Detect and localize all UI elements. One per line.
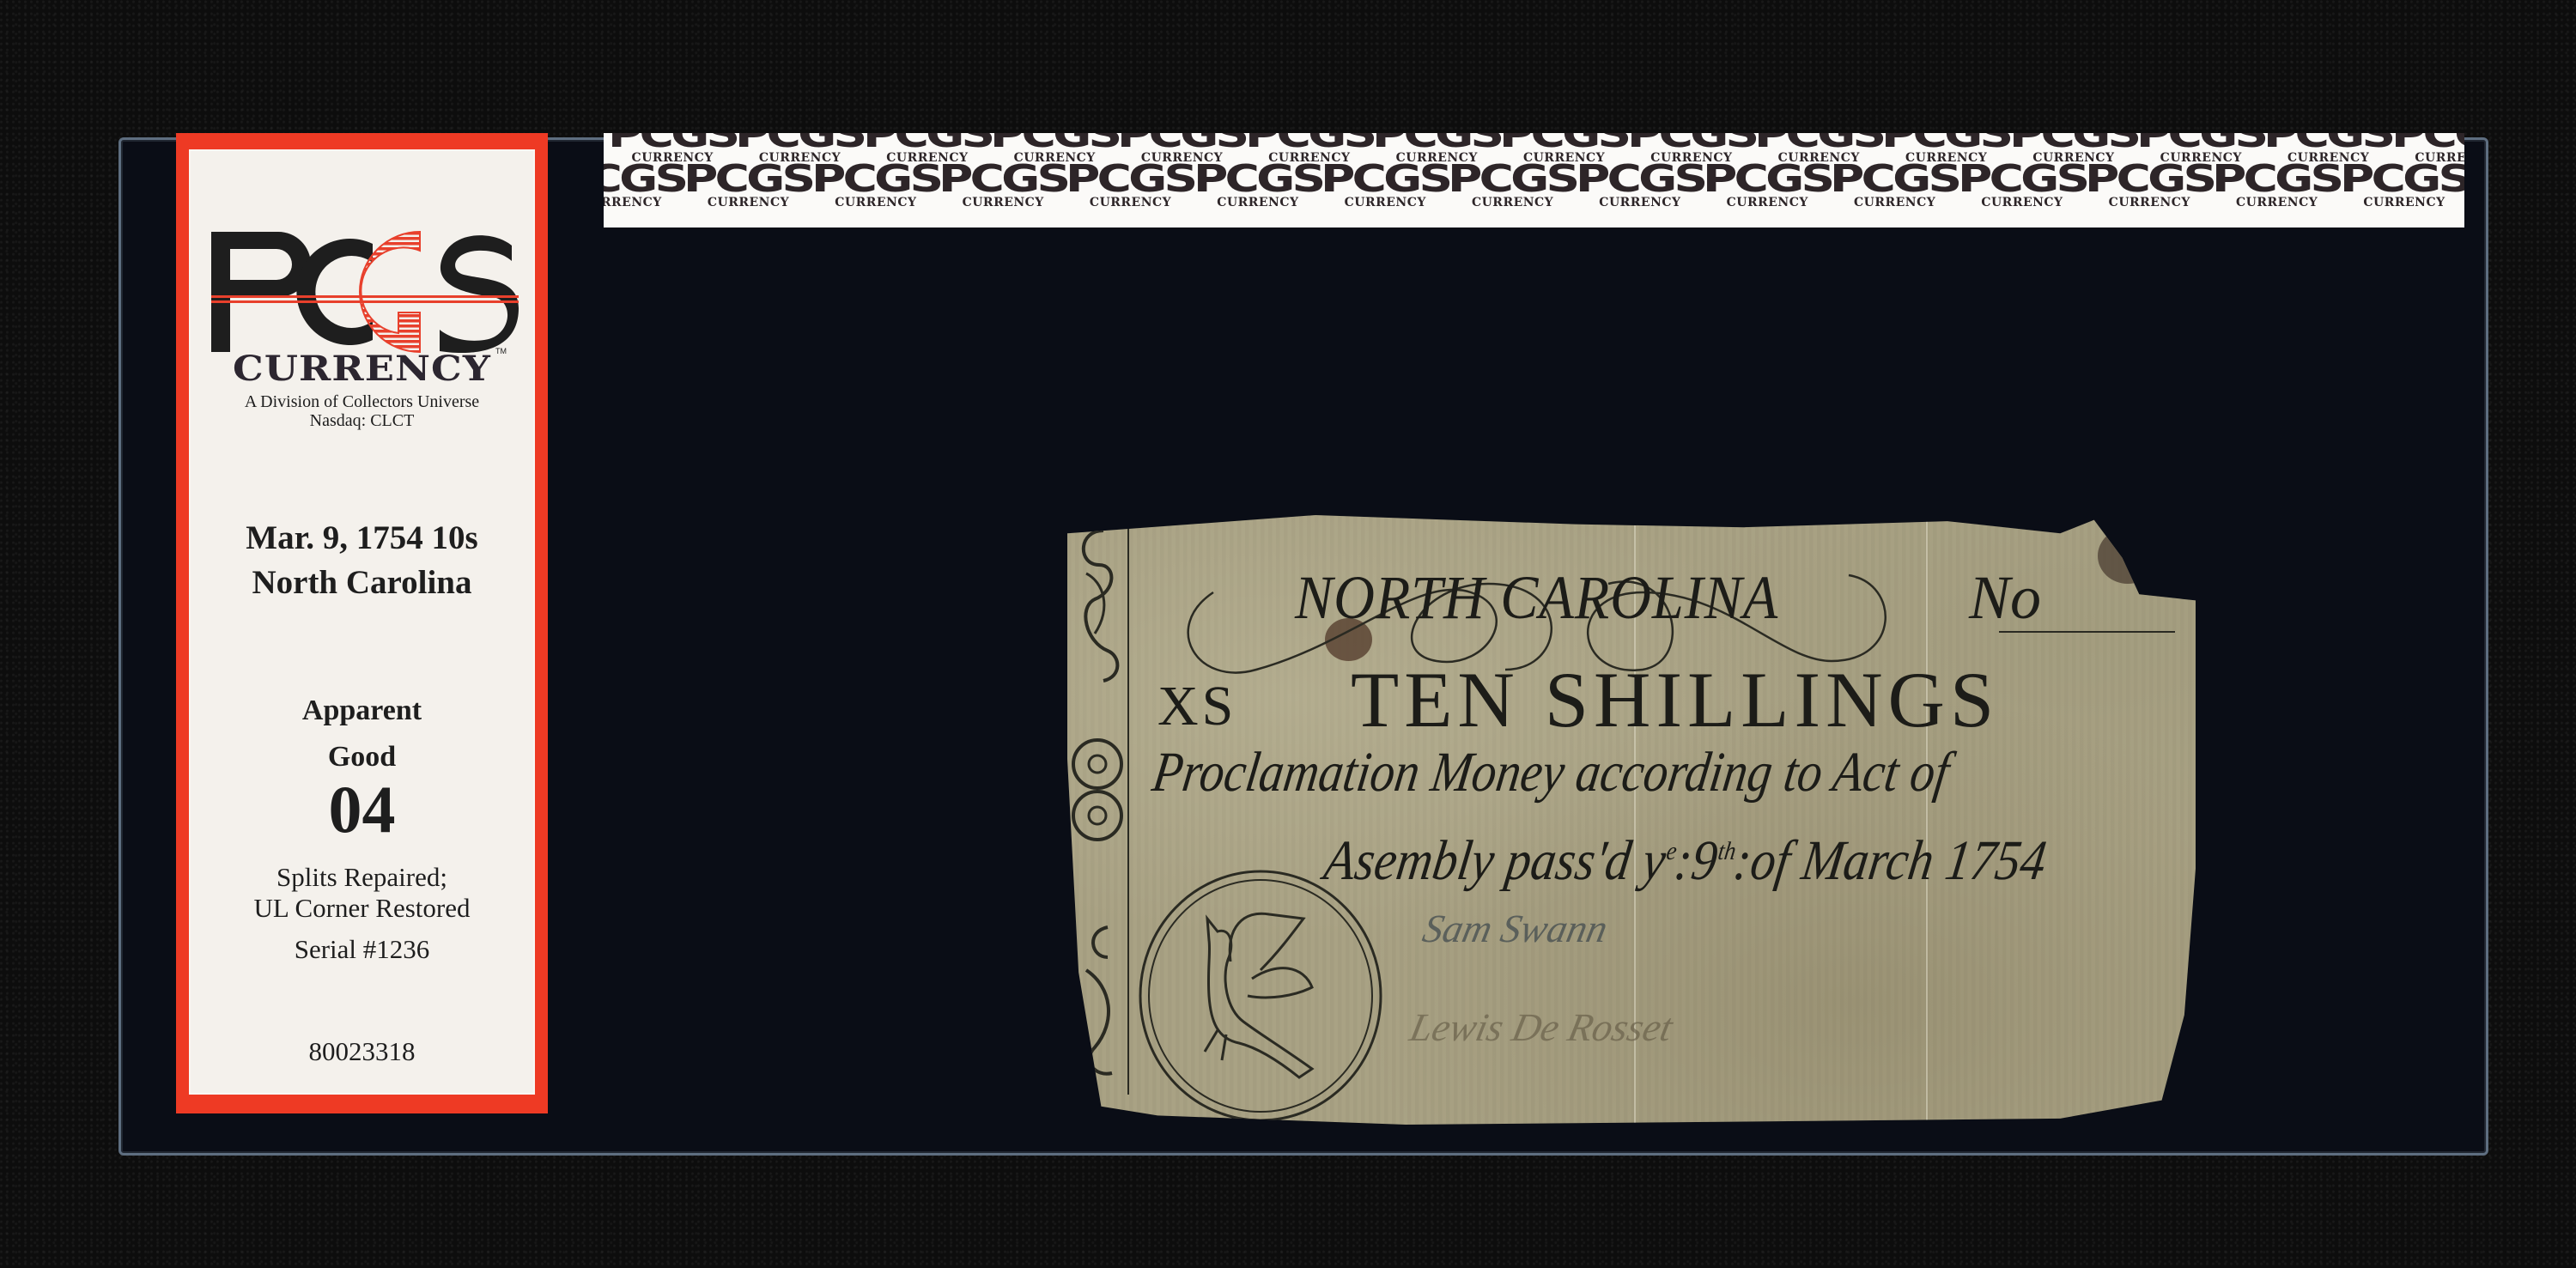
band-logo-icon: PCGSCURRENCY: [1334, 162, 1437, 209]
grade-qualifier: Apparent: [191, 688, 533, 734]
serial-number: Serial #1236: [191, 934, 533, 965]
border-rule: [1127, 528, 1129, 1095]
note-title: North Carolina: [1295, 562, 1778, 634]
banknote: North Carolina No XS Ten Shillings Procl…: [1067, 515, 2196, 1125]
band-logo-icon: PCGSCURRENCY: [1843, 162, 1946, 209]
denomination: Ten Shillings: [1351, 654, 1999, 745]
note-text-line-2: Asembly pass'd ye:9th:of March 1754: [1321, 828, 2050, 894]
pcgs-label: TM CURRENCY A Division of Collectors Uni…: [176, 133, 548, 1113]
number-label-text: No: [1969, 563, 2041, 632]
division-line-2: Nasdaq: CLCT: [191, 411, 533, 430]
label-card: TM CURRENCY A Division of Collectors Uni…: [189, 149, 535, 1095]
band-row-bottom: PCGSCURRENCYPCGSCURRENCYPCGSCURRENCYPCGS…: [604, 162, 2464, 209]
band-logo-icon: PCGSCURRENCY: [2353, 162, 2456, 209]
band-logo-icon: PCGSCURRENCY: [2098, 162, 2201, 209]
band-logo-icon: PCGSCURRENCY: [696, 162, 799, 209]
note-text-line-1: Proclamation Money according to Act of: [1149, 740, 1953, 805]
number-label: No: [1969, 562, 2041, 634]
division-text: A Division of Collectors Universe Nasdaq…: [191, 392, 533, 430]
text-sup: th: [1716, 837, 1738, 865]
date-denomination: Mar. 9, 1754 10s: [191, 516, 533, 561]
band-logo-icon: PCGSCURRENCY: [1461, 162, 1564, 209]
bird-vignette-icon: [1132, 858, 1389, 1125]
band-logo-icon: PCGSCURRENCY: [1589, 162, 1692, 209]
denomination-short: XS: [1157, 674, 1236, 739]
band-logo-icon: PCGSCURRENCY: [951, 162, 1054, 209]
band-logo-icon: PCGSCURRENCY: [1206, 162, 1309, 209]
band-logo-icon: PCGSCURRENCY: [824, 162, 927, 209]
scroll-ornament-icon: [1069, 721, 1126, 884]
band-logo-icon: PCGSCURRENCY: [1971, 162, 2074, 209]
signature-2: Lewis De Rosset: [1406, 1004, 1676, 1050]
band-logo-icon: PCGSCURRENCY: [1716, 162, 1819, 209]
grade-number: 04: [191, 771, 533, 848]
number-line: [1999, 631, 2175, 633]
note-description: Mar. 9, 1754 10s North Carolina: [191, 516, 533, 605]
band-logo-icon: PCGSCURRENCY: [1078, 162, 1182, 209]
comment-line-1: Splits Repaired;: [191, 862, 533, 893]
grade-text: Apparent Good: [191, 688, 533, 780]
band-logo-icon: PCGSCURRENCY: [604, 162, 672, 209]
division-line-1: A Division of Collectors Universe: [191, 392, 533, 411]
cert-number: 80023318: [191, 1036, 533, 1067]
pcgs-pattern-band: PCGSCURRENCYPCGSCURRENCYPCGSCURRENCYPCGS…: [604, 133, 2464, 228]
scroll-ornament-icon: [1069, 522, 1126, 685]
issuer-name: North Carolina: [191, 561, 533, 605]
pcgs-logo-icon: [210, 227, 519, 354]
comment-line-2: UL Corner Restored: [191, 893, 533, 924]
brand-subtitle: CURRENCY: [170, 349, 554, 389]
text-part: of March 1754: [1747, 829, 2050, 892]
signature-1: Sam Swann: [1419, 906, 1612, 951]
grade-comments: Splits Repaired; UL Corner Restored: [191, 862, 533, 924]
band-logo-icon: PCGSCURRENCY: [2225, 162, 2328, 209]
